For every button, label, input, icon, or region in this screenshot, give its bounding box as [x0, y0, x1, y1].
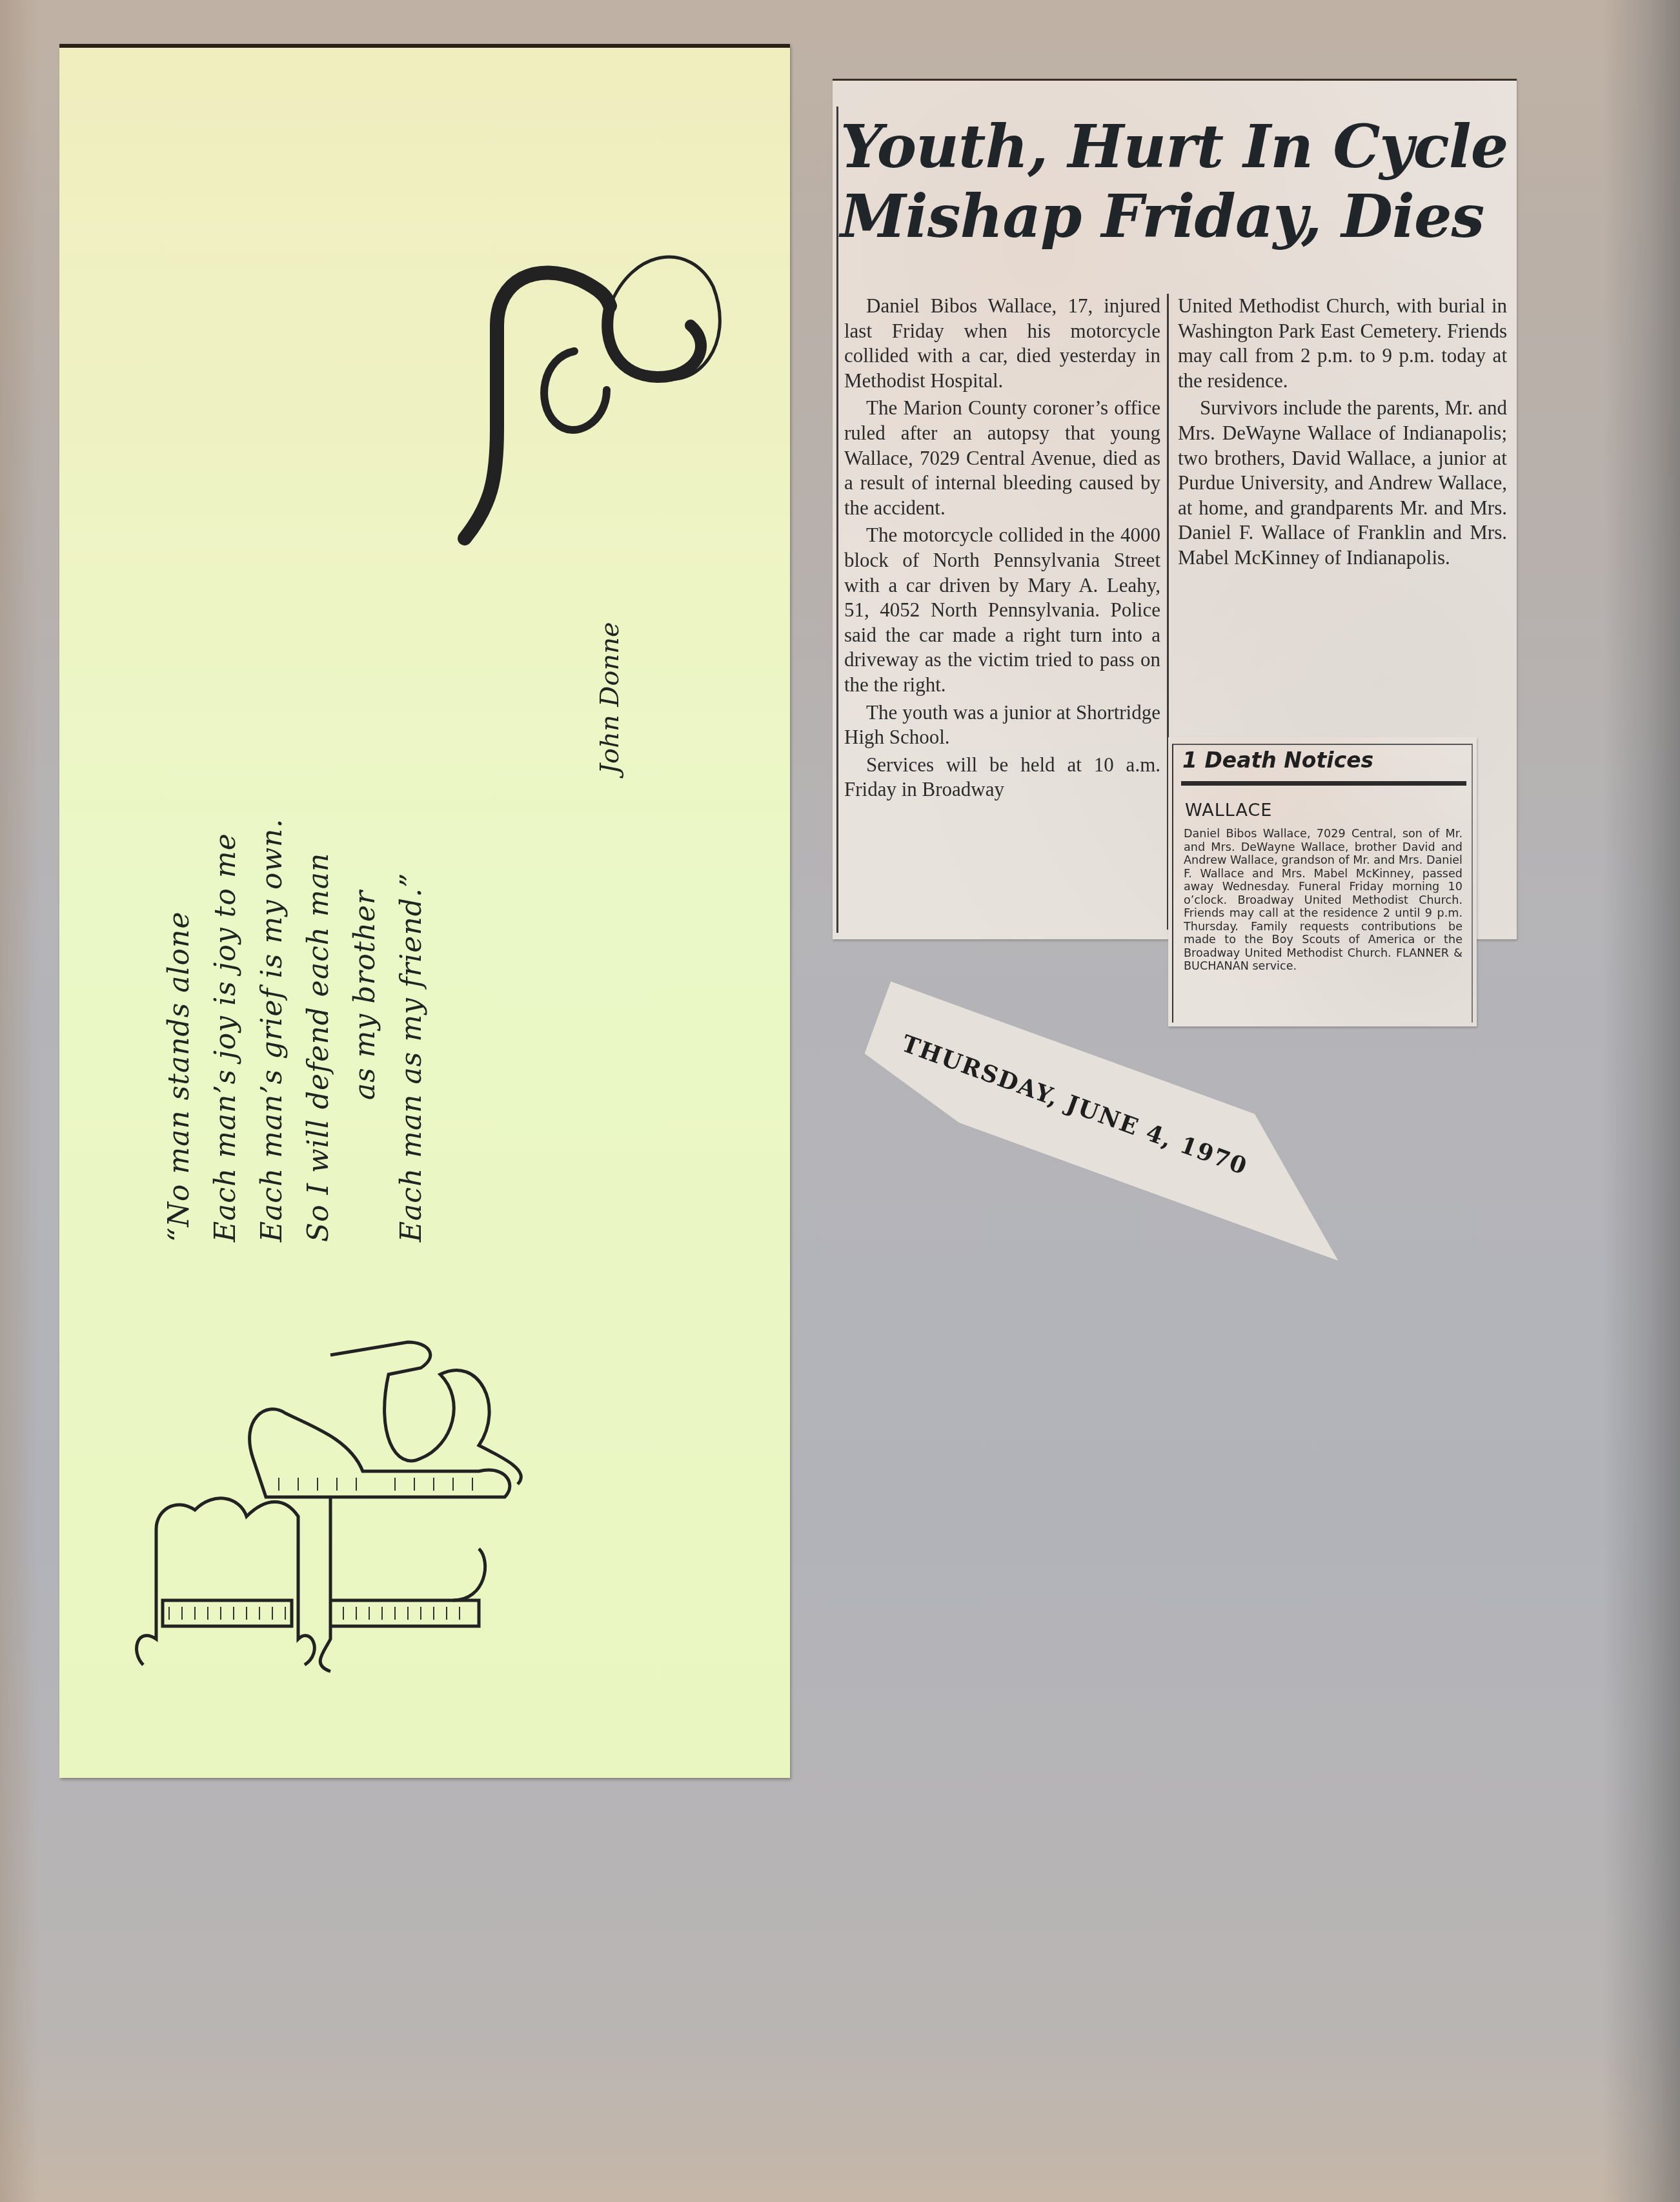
poem-author: John Donne	[595, 622, 625, 774]
article-paragraph: The motorcycle collided in the 4000 bloc…	[844, 523, 1160, 697]
article-headline: Youth, Hurt In Cycle Mishap Friday, Dies	[840, 112, 1512, 251]
memorial-card: “No man stands alone Each man’s joy is j…	[59, 44, 790, 1778]
poem-line: So I will defend each man	[296, 751, 342, 1242]
poem-line: Each man’s grief is my own.	[249, 751, 296, 1242]
poem: “No man stands alone Each man’s joy is j…	[156, 751, 435, 1242]
flourish-ornament-icon	[387, 235, 723, 558]
headline-line-2: Mishap Friday, Dies	[840, 181, 1512, 251]
article-paragraph: The youth was a junior at Shortridge Hig…	[844, 700, 1160, 750]
article-paragraph: Services will be held at 10 a.m. Friday …	[844, 753, 1160, 802]
header-rule	[1181, 781, 1466, 786]
article-paragraph: Survivors include the parents, Mr. and M…	[1178, 396, 1507, 570]
notice-section-header: 1 Death Notices	[1182, 748, 1373, 773]
death-notice-clipping: 1 Death Notices WALLACE Daniel Bibos Wal…	[1168, 737, 1477, 1026]
page-shadow-left	[0, 0, 39, 2202]
poem-line: Each man’s joy is joy to me	[203, 751, 249, 1242]
article-column-left: Daniel Bibos Wallace, 17, injured last F…	[844, 294, 1160, 805]
notice-surname: WALLACE	[1185, 800, 1272, 821]
article-paragraph: United Methodist Church, with burial in …	[1178, 294, 1507, 393]
article-paragraph: The Marion County coroner’s office ruled…	[844, 396, 1160, 520]
headline-line-1: Youth, Hurt In Cycle	[840, 112, 1512, 181]
dateline-text: THURSDAY, JUNE 4, 1970	[898, 1030, 1251, 1180]
poem-line: Each man as my friend.”	[389, 751, 435, 1242]
article-paragraph: Daniel Bibos Wallace, 17, injured last F…	[844, 294, 1160, 393]
column-rule	[836, 107, 838, 933]
poem-line: as my brother	[342, 751, 389, 1242]
poem-line: “No man stands alone	[156, 751, 203, 1242]
monogram-icon	[117, 1303, 595, 1691]
notice-body: Daniel Bibos Wallace, 7029 Central, son …	[1184, 828, 1462, 974]
page-binding-shadow	[1603, 0, 1680, 2202]
article-column-right: United Methodist Church, with burial in …	[1178, 294, 1507, 797]
